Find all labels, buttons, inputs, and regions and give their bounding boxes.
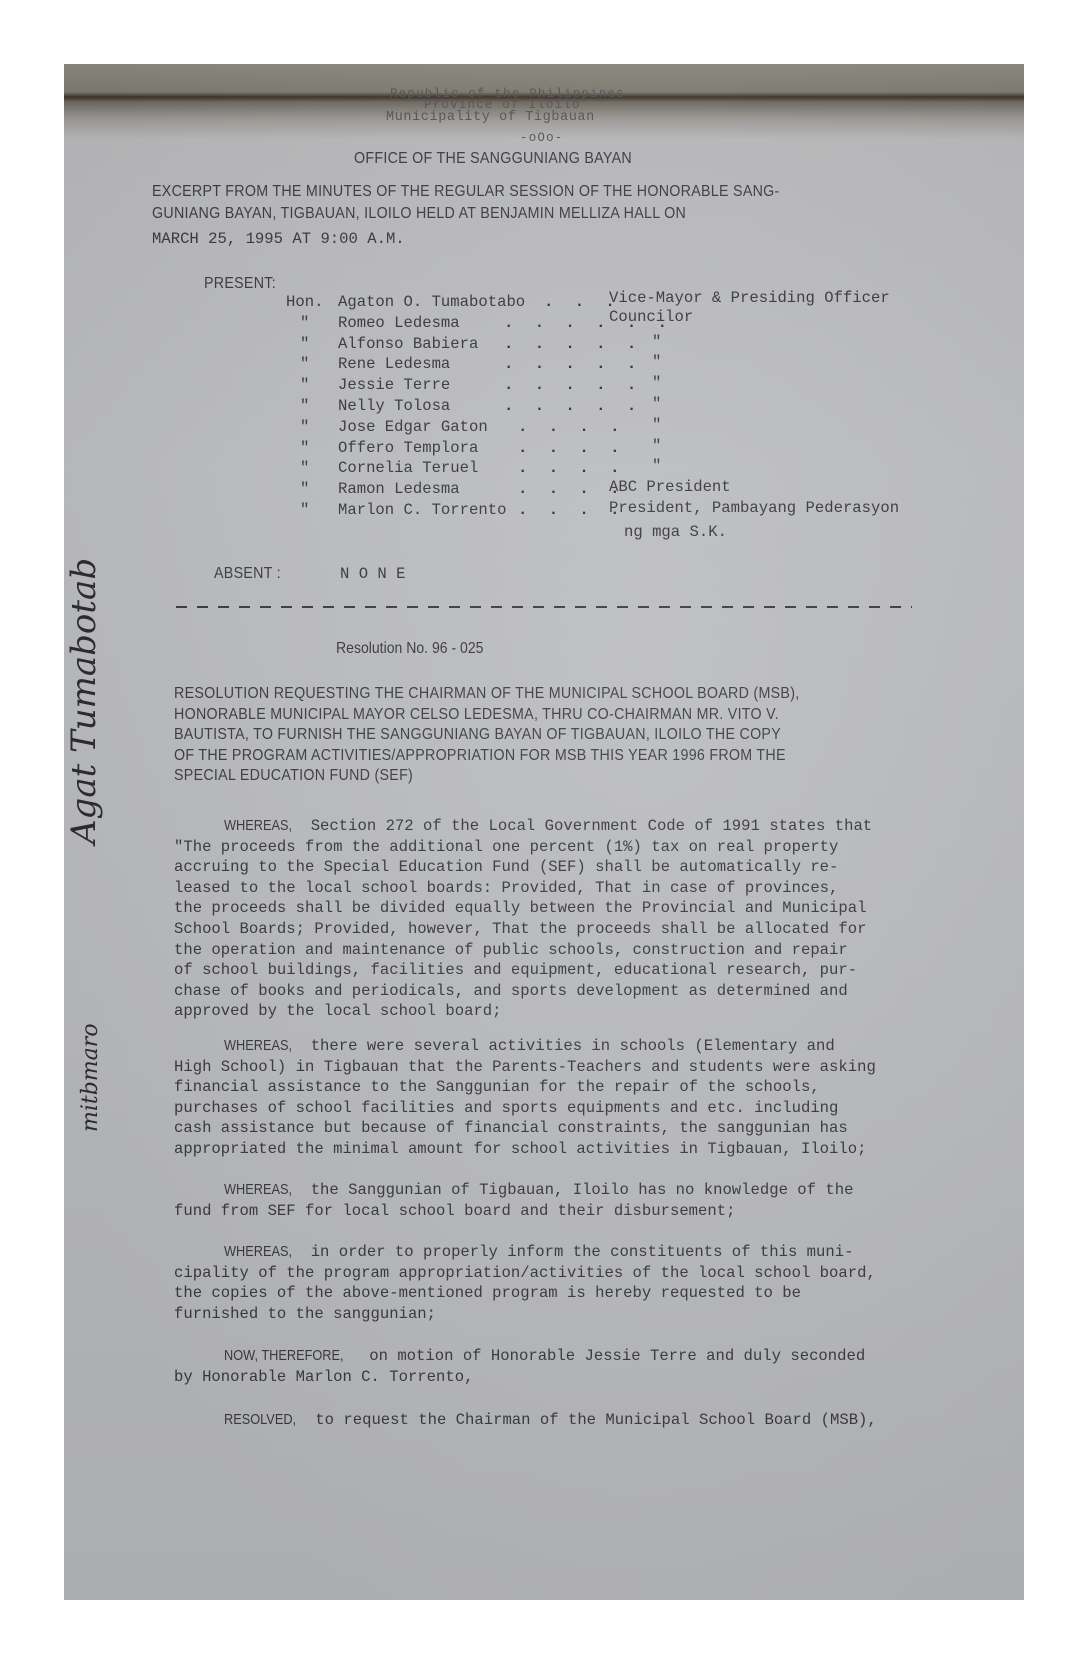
present-label: PRESENT: <box>204 274 276 294</box>
paragraph-text: Section 272 of the Local Government Code… <box>301 817 872 835</box>
member-position: ABC President <box>609 477 731 498</box>
title-line: OF THE PROGRAM ACTIVITIES/APPROPRIATION … <box>174 746 786 766</box>
member-name: Nelly Tolosa <box>338 396 450 417</box>
document-photo: Republic of the Philippines Province of … <box>64 64 1024 1600</box>
paragraph-line: "The proceeds from the additional one pe… <box>174 837 838 858</box>
paragraph-line: fund from SEF for local school board and… <box>174 1201 735 1222</box>
paragraph-line: High School) in Tigbauan that the Parent… <box>174 1057 876 1078</box>
member-name: Alfonso Babiera <box>338 334 478 355</box>
member-name: Marlon C. Torrento <box>338 500 506 521</box>
member-prefix: " <box>300 313 309 334</box>
absent-label: ABSENT : <box>214 564 281 584</box>
member-position: " <box>652 436 661 457</box>
paragraph-first-line: WHEREAS, the Sanggunian of Tigbauan, Ilo… <box>224 1180 853 1201</box>
member-position: President, Pambayang Pederasyon <box>609 498 899 519</box>
member-dots: . . . . . <box>504 354 642 375</box>
title-line: SPECIAL EDUCATION FUND (SEF) <box>174 766 413 786</box>
paragraph-line: cash assistance but because of financial… <box>174 1118 848 1139</box>
paragraph-first-line: NOW, THEREFORE, on motion of Honorable J… <box>224 1346 865 1367</box>
member-prefix: " <box>300 334 309 355</box>
paragraph-first-line: WHEREAS, there were several activities i… <box>224 1036 835 1057</box>
paragraph-text: on motion of Honorable Jessie Terre and … <box>360 1347 865 1365</box>
paragraph-text: the Sanggunian of Tigbauan, Iloilo has n… <box>301 1181 853 1199</box>
paragraph-lead: RESOLVED, <box>224 1410 296 1431</box>
paragraph-first-line: WHEREAS, in order to properly inform the… <box>224 1242 853 1263</box>
member-position: " <box>652 415 661 436</box>
paragraph-line: financial assistance to the Sanggunian f… <box>174 1077 820 1098</box>
title-line: HONORABLE MUNICIPAL MAYOR CELSO LEDESMA,… <box>174 705 779 725</box>
paragraph-text: to request the Chairman of the Municipal… <box>306 1411 877 1429</box>
member-dots: . . . . <box>518 438 626 459</box>
separator-line <box>176 606 912 608</box>
paragraph-line: by Honorable Marlon C. Torrento, <box>174 1367 473 1388</box>
paragraph-line: cipality of the program appropriation/ac… <box>174 1263 876 1284</box>
title-line: RESOLUTION REQUESTING THE CHAIRMAN OF TH… <box>174 684 799 704</box>
member-name: Offero Templora <box>338 438 478 459</box>
paragraph-line: chase of books and periodicals, and spor… <box>174 981 848 1002</box>
member-name: Jose Edgar Gaton <box>338 417 488 438</box>
paragraph-text: there were several activities in schools… <box>301 1037 834 1055</box>
member-prefix: Hon. <box>286 292 323 313</box>
paragraph-lead: WHEREAS, <box>224 1036 292 1057</box>
paragraph-line: School Boards; Provided, however, That t… <box>174 919 866 940</box>
paragraph-line: accruing to the Special Education Fund (… <box>174 857 838 878</box>
paragraph-line: of school buildings, facilities and equi… <box>174 960 857 981</box>
member-position: Vice-Mayor & Presiding Officer <box>609 288 890 309</box>
member-name: Rene Ledesma <box>338 354 450 375</box>
member-prefix: " <box>300 458 309 479</box>
paragraph-line: the proceeds shall be divided equally be… <box>174 898 866 919</box>
paragraph-lead: WHEREAS, <box>224 1180 292 1201</box>
member-name: Cornelia Teruel <box>338 458 478 479</box>
paragraph-first-line: RESOLVED, to request the Chairman of the… <box>224 1410 877 1431</box>
member-prefix: " <box>300 375 309 396</box>
paragraph-line: furnished to the sanggunian; <box>174 1304 436 1325</box>
paragraph-lead: WHEREAS, <box>224 816 292 837</box>
paragraph-line: purchases of school facilities and sport… <box>174 1098 838 1119</box>
member-position: " <box>652 332 661 353</box>
title-line: BAUTISTA, TO FURNISH THE SANGGUNIANG BAY… <box>174 725 781 745</box>
absent-value: N O N E <box>340 564 406 585</box>
paragraph-line: the copies of the above-mentioned progra… <box>174 1283 801 1304</box>
member-prefix: " <box>300 479 309 500</box>
member-name: Romeo Ledesma <box>338 313 460 334</box>
paragraph-first-line: WHEREAS, Section 272 of the Local Govern… <box>224 816 872 837</box>
margin-signature: Agat Tumabotab <box>64 558 104 844</box>
member-dots: . . . . <box>518 417 626 438</box>
member-dots: . . . . . <box>504 334 642 355</box>
member-prefix: " <box>300 500 309 521</box>
paragraph-lead: NOW, THEREFORE, <box>224 1346 344 1367</box>
member-prefix: " <box>300 417 309 438</box>
member-position: " <box>652 456 661 477</box>
member-prefix: " <box>300 354 309 375</box>
margin-signature: mitbmaro <box>78 1023 103 1132</box>
member-prefix: " <box>300 396 309 417</box>
excerpt-line: EXCERPT FROM THE MINUTES OF THE REGULAR … <box>152 182 780 202</box>
paragraph-line: approved by the local school board; <box>174 1001 502 1022</box>
member-dots: . . . . . <box>504 396 642 417</box>
member-dots: . . . . <box>518 458 626 479</box>
paragraph-lead: WHEREAS, <box>224 1242 292 1263</box>
resolution-number: Resolution No. 96 - 025 <box>336 638 483 659</box>
member-position: Councilor <box>609 307 693 328</box>
position-continuation: ng mga S.K. <box>624 522 727 543</box>
member-position: " <box>652 394 661 415</box>
member-dots: . . . . . <box>504 375 642 396</box>
member-position: " <box>652 373 661 394</box>
member-name: Ramon Ledesma <box>338 479 460 500</box>
paragraph-text: in order to properly inform the constitu… <box>301 1243 853 1261</box>
excerpt-line: MARCH 25, 1995 AT 9:00 A.M. <box>152 229 405 250</box>
excerpt-line: GUNIANG BAYAN, TIGBAUAN, ILOILO HELD AT … <box>152 204 686 224</box>
header-ornament: -oOo- <box>520 132 564 145</box>
paragraph-line: appropriated the minimal amount for scho… <box>174 1139 866 1160</box>
header-municipality: Municipality of Tigbauan <box>386 111 595 124</box>
paragraph-line: the operation and maintenance of public … <box>174 940 848 961</box>
member-position: " <box>652 352 661 373</box>
office-title: OFFICE OF THE SANGGUNIANG BAYAN <box>354 149 632 169</box>
member-name: Agaton O. Tumabotabo <box>338 292 525 313</box>
member-prefix: " <box>300 438 309 459</box>
member-name: Jessie Terre <box>338 375 450 396</box>
paragraph-line: leased to the local school boards: Provi… <box>174 878 838 899</box>
